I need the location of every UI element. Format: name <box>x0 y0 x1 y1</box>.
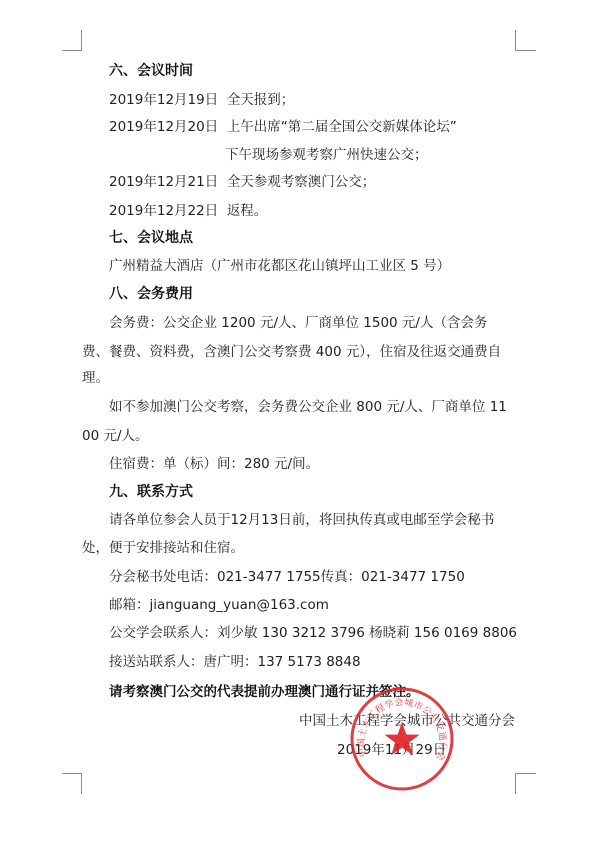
schedule-text: 返程。 <box>227 203 268 219</box>
fee-paragraph-line: 费、餐费、资料费，含澳门公交考察费 400 元），住宿及往返交通费自 <box>82 343 501 361</box>
section-heading-fees: 八、会务费用 <box>109 285 193 303</box>
alt-fee-paragraph-line: 00 元/人。 <box>82 427 149 445</box>
schedule-text: 下午现场参观考察广州快速公交； <box>225 147 428 163</box>
fee-paragraph-line: 会务费：公交企业 1200 元/人、厂商单位 1500 元/人（含会务 <box>109 314 487 332</box>
contact-email: 邮箱：jianguang_yuan@163.com <box>109 596 329 614</box>
official-seal-stamp: 中国土木工程学会城市公共交通分会 <box>349 686 455 792</box>
section-heading-venue: 七、会议地点 <box>109 229 193 247</box>
lodging-fee: 住宿费：单（标）间：280 元/间。 <box>109 455 319 473</box>
alt-fee-paragraph-line: 如不参加澳门公交考察，会务费公交企业 800 元/人、厂商单位 11 <box>109 398 507 416</box>
schedule-row: 2019年12月19日 全天报到； <box>109 91 294 109</box>
crop-mark-top-left <box>62 30 82 51</box>
pickup-contact: 接送站联系人：唐广明：137 5173 8848 <box>109 653 361 671</box>
signature-date: 2019年11月29日 <box>337 741 446 759</box>
schedule-row: 2019年12月21日 全天参观考察澳门公交； <box>109 173 375 191</box>
signature-organization: 中国土木工程学会城市公共交通分会 <box>299 712 515 730</box>
schedule-date: 2019年12月21日 <box>109 174 218 190</box>
schedule-text: 全天参观考察澳门公交； <box>227 174 376 190</box>
schedule-row: 2019年12月22日 返程。 <box>109 202 267 220</box>
section-heading-meeting-time: 六、会议时间 <box>109 62 193 80</box>
crop-mark-bottom-right <box>515 773 536 794</box>
notice-paragraph-line: 处，便于安排接站和住宿。 <box>82 539 244 557</box>
schedule-text: 上午出席“第二届全国公交新媒体论坛” <box>227 119 457 135</box>
schedule-date: 2019年12月20日 <box>109 119 218 135</box>
notice-paragraph-line: 请各单位参会人员于12月13日前，将回执传真或电邮至学会秘书 <box>109 511 494 529</box>
crop-mark-bottom-left <box>62 773 82 794</box>
schedule-text: 全天报到； <box>227 92 295 108</box>
secretariat-phone-fax: 分会秘书处电话：021-3477 1755传真：021-3477 1750 <box>109 568 465 586</box>
venue-address: 广州精益大酒店（广州市花都区花山镇坪山工业区 5 号） <box>109 257 450 275</box>
crop-mark-top-right <box>515 30 536 51</box>
section-heading-contact: 九、联系方式 <box>109 483 193 501</box>
schedule-date: 2019年12月22日 <box>109 203 218 219</box>
schedule-date: 2019年12月19日 <box>109 92 218 108</box>
schedule-row: 2019年12月20日 上午出席“第二届全国公交新媒体论坛” <box>109 118 457 136</box>
schedule-row: 下午现场参观考察广州快速公交； <box>225 146 428 164</box>
association-contacts: 公交学会联系人：刘少敏 130 3212 3796 杨晓莉 156 0169 8… <box>109 624 517 642</box>
fee-paragraph-line: 理。 <box>82 369 109 387</box>
macau-permit-note: 请考察澳门公交的代表提前办理澳门通行证并签注。 <box>109 683 420 701</box>
